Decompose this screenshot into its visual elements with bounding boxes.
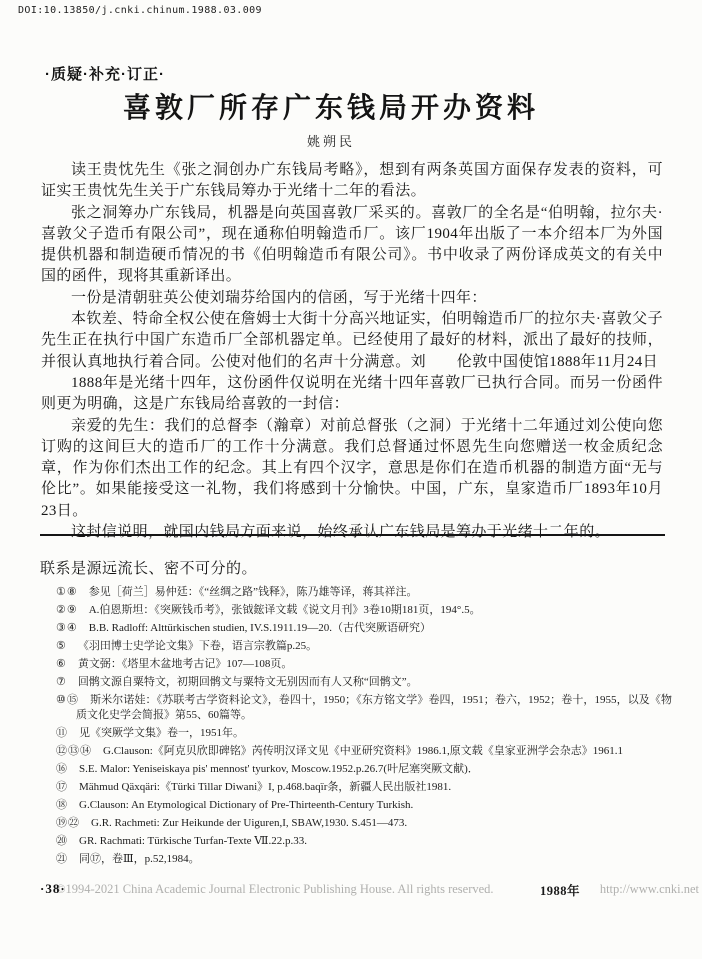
- footnote-marker: ⑫⑬⑭: [56, 745, 92, 757]
- footnote-item: ⑪见《突厥学文集》卷一，1951年。: [56, 726, 672, 741]
- footnote-marker: ⑱: [56, 799, 68, 811]
- footnote-marker: ⑪: [56, 727, 68, 739]
- page-footer: ·38· ©1994-2021 China Academic Journal E…: [0, 880, 702, 902]
- page-number: ·38·: [40, 881, 66, 897]
- footnote-text: 斯米尔诺娃：《苏联考古学资料论文》，卷四十，1950；《东方铭文学》卷四，195…: [76, 694, 672, 721]
- article-title: 喜敦厂所存广东钱局开办资料: [40, 86, 622, 126]
- footnote-item: ③④B.B. Radloff: Alttürkischen studien, I…: [56, 621, 672, 636]
- footnote-text: G.Clauson: An Etymological Dictionary of…: [79, 799, 413, 811]
- previous-article-tail-line: 联系是源远流长、密不可分的。: [40, 557, 257, 578]
- body-paragraph: 这封信说明，就国内钱局方面来说，始终承认广东钱局是筹办于光绪十二年的。: [41, 522, 663, 543]
- footnote-marker: ①⑧: [56, 586, 78, 598]
- footnote-item: ⑱G.Clauson: An Etymological Dictionary o…: [56, 798, 672, 813]
- footnote-text: 《羽田博士史学论文集》下卷，语言宗教篇p.25。: [78, 640, 317, 652]
- cnki-watermark-url: http://www.cnki.net: [600, 882, 699, 897]
- footnote-text: 回鹘文源自粟特文，初期回鹘文与粟特文无别因而有人又称“回鹘文”。: [78, 676, 418, 688]
- footnote-text: 见《突厥学文集》卷一，1951年。: [79, 727, 244, 739]
- footnote-marker: ⑲㉒: [56, 817, 80, 829]
- body-paragraph: 一份是清朝驻英公使刘瑞芬给国内的信函，写于光绪十四年：: [41, 288, 663, 309]
- footnote-item: ⑩⑮斯米尔诺娃：《苏联考古学资料论文》，卷四十，1950；《东方铭文学》卷四，1…: [56, 693, 672, 722]
- doi-text: DOI:10.13850/j.cnki.chinum.1988.03.009: [18, 5, 262, 16]
- footnote-divider-rule: [40, 534, 665, 536]
- footnote-marker: ⑤: [56, 640, 67, 652]
- footnote-text: 同⑰，卷Ⅲ，p.52,1984。: [79, 853, 200, 865]
- footnote-marker: ⑰: [56, 781, 68, 793]
- author-name: 姚朔民: [40, 131, 622, 150]
- footnote-item: ㉑同⑰，卷Ⅲ，p.52,1984。: [56, 852, 672, 867]
- footnote-text: GR. Rachmati: Türkische Turfan-Texte Ⅶ.2…: [79, 835, 307, 847]
- footnote-marker: ⑳: [56, 835, 68, 847]
- body-paragraph: 亲爱的先生：我们的总督李（瀚章）对前总督张（之洞）于光绪十二年通过刘公使向您订购…: [41, 416, 663, 522]
- footnote-item: ⑫⑬⑭G.Clauson:《阿克贝欣即碑铭》芮传明汉译文见《中亚研究资料》198…: [56, 744, 672, 759]
- issue-year: 1988年: [540, 881, 580, 899]
- footnote-text: Mähmud Qäxqäri:《Türki Tillar Diwani》I, p…: [79, 781, 451, 793]
- footnote-marker: ⑩⑮: [56, 694, 79, 706]
- footnote-marker: ⑥: [56, 658, 67, 670]
- footnote-item: ⑳GR. Rachmati: Türkische Turfan-Texte Ⅶ.…: [56, 834, 672, 849]
- footnote-item: ⑲㉒G.R. Rachmeti: Zur Heikunde der Uigure…: [56, 816, 672, 831]
- footnote-marker: ⑯: [56, 763, 68, 775]
- footnote-item: ②⑨A.伯恩斯坦：《突厥钱币考》，张钺鋐译文载《说文月刊》3卷10期181页，1…: [56, 603, 672, 618]
- footnote-text: 参见［荷兰］易仲廷：《“丝绸之路”钱释》，陈乃雄等译，蒋其祥注。: [89, 586, 418, 598]
- footnote-marker: ③④: [56, 622, 78, 634]
- body-paragraph: 本钦差、特命全权公使在詹姆士大街十分高兴地证实，伯明翰造币厂的拉尔夫·喜敦父子先…: [41, 309, 663, 373]
- scanned-journal-page: DOI:10.13850/j.cnki.chinum.1988.03.009 ·…: [0, 0, 702, 959]
- article-body: 读王贵忱先生《张之洞创办广东钱局考略》，想到有两条英国方面保存发表的资料，可证实…: [41, 160, 663, 543]
- footnote-text: 黄文弼：《塔里木盆地考古记》107—108页。: [78, 658, 293, 670]
- footnote-text: G.R. Rachmeti: Zur Heikunde der Uiguren,…: [91, 817, 407, 829]
- footnote-item: ⑰Mähmud Qäxqäri:《Türki Tillar Diwani》I, …: [56, 780, 672, 795]
- body-paragraph: 读王贵忱先生《张之洞创办广东钱局考略》，想到有两条英国方面保存发表的资料，可证实…: [41, 160, 663, 203]
- body-paragraph: 1888年是光绪十四年，这份函件仅说明在光绪十四年喜敦厂已执行合同。而另一份函件…: [41, 373, 663, 416]
- body-paragraph: 张之洞筹办广东钱局，机器是向英国喜敦厂采买的。喜敦厂的全名是“伯明翰，拉尔夫·喜…: [41, 203, 663, 288]
- footnote-text: S.E. Malor: Yeniseiskaya pis' mennost' t…: [79, 763, 479, 775]
- footnote-text: B.B. Radloff: Alttürkischen studien, IV.…: [89, 622, 431, 634]
- footnote-marker: ㉑: [56, 853, 68, 865]
- footnote-item: ①⑧参见［荷兰］易仲廷：《“丝绸之路”钱释》，陈乃雄等译，蒋其祥注。: [56, 585, 672, 600]
- footnote-item: ⑤《羽田博士史学论文集》下卷，语言宗教篇p.25。: [56, 639, 672, 654]
- cnki-watermark-text: ©1994-2021 China Academic Journal Electr…: [56, 882, 494, 897]
- footnote-list: ①⑧参见［荷兰］易仲廷：《“丝绸之路”钱释》，陈乃雄等译，蒋其祥注。 ②⑨A.伯…: [56, 585, 672, 870]
- footnote-item: ⑦回鹘文源自粟特文，初期回鹘文与粟特文无别因而有人又称“回鹘文”。: [56, 675, 672, 690]
- section-label: ·质疑·补充·订正·: [45, 63, 165, 84]
- footnote-text: A.伯恩斯坦：《突厥钱币考》，张钺鋐译文载《说文月刊》3卷10期181页，194…: [89, 604, 481, 616]
- footnote-text: G.Clauson:《阿克贝欣即碑铭》芮传明汉译文见《中亚研究资料》1986.1…: [103, 745, 623, 757]
- footnote-item: ⑯S.E. Malor: Yeniseiskaya pis' mennost' …: [56, 762, 672, 777]
- footnote-item: ⑥黄文弼：《塔里木盆地考古记》107—108页。: [56, 657, 672, 672]
- footnote-marker: ②⑨: [56, 604, 78, 616]
- footnote-marker: ⑦: [56, 676, 67, 688]
